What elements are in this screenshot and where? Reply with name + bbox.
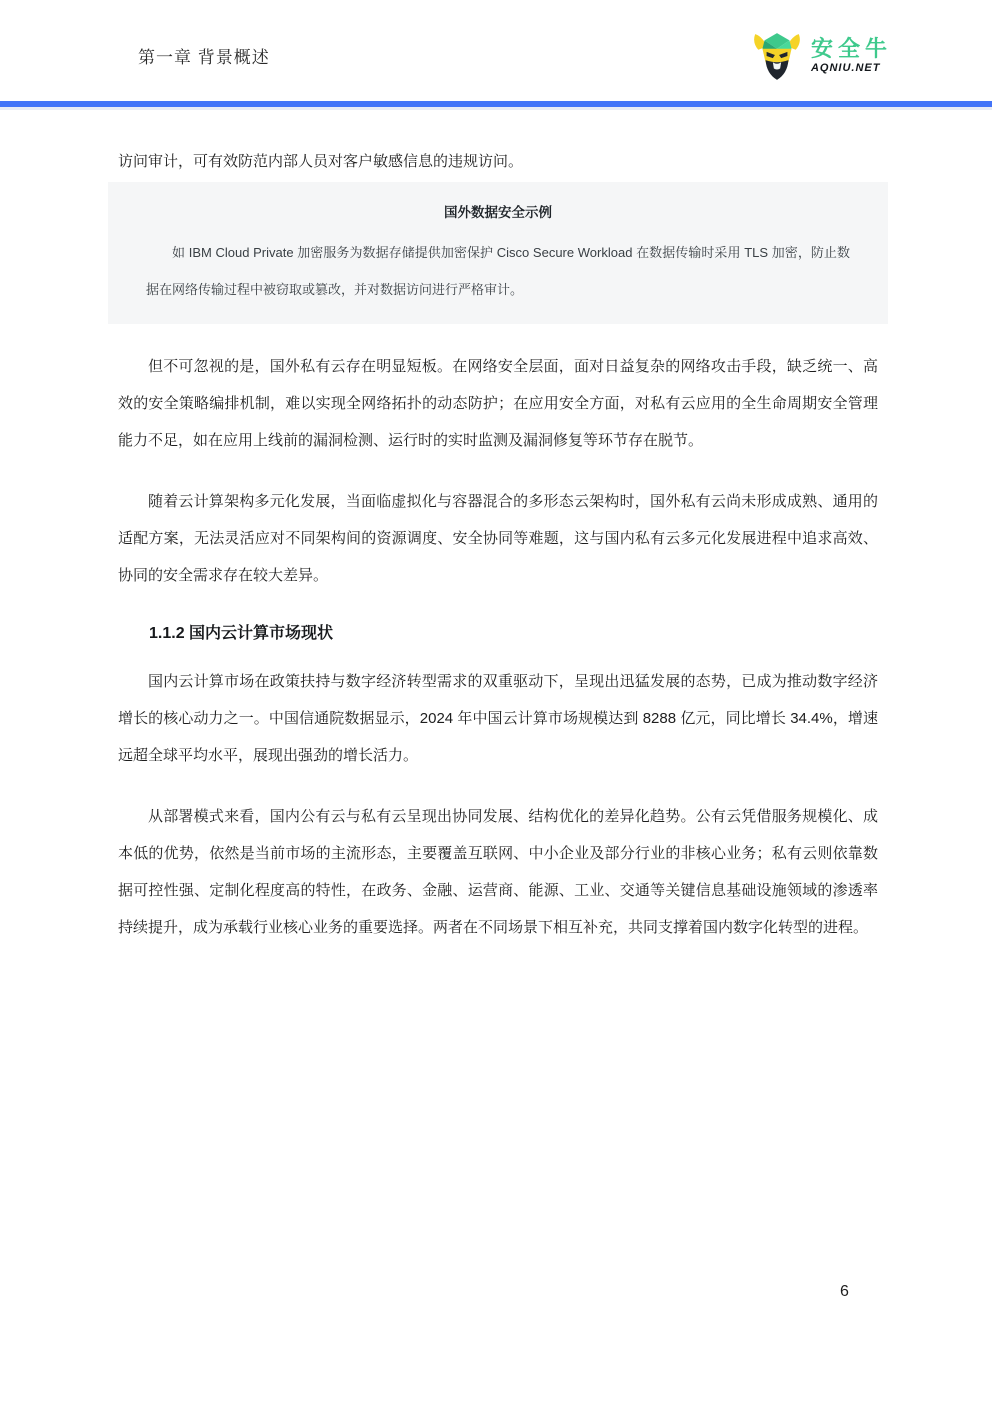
section-heading-1-1-2: 1.1.2 国内云计算市场现状 xyxy=(149,620,878,643)
page-header: 第一章 背景概述 xyxy=(0,0,992,101)
example-callout-box: 国外数据安全示例 如 IBM Cloud Private 加密服务为数据存储提供… xyxy=(108,182,888,324)
paragraph-multi-architecture: 随着云计算架构多元化发展，当面临虚拟化与容器混合的多形态云架构时，国外私有云尚未… xyxy=(118,483,878,594)
document-body: 访问审计，可有效防范内部人员对客户敏感信息的违规访问。 国外数据安全示例 如 I… xyxy=(0,110,992,946)
page-number: 6 xyxy=(840,1283,849,1301)
logo-domain: AQNIU.NET xyxy=(811,63,892,74)
document-page: 第一章 背景概述 xyxy=(0,0,992,1403)
logo-text: 安全牛 AQNIU.NET xyxy=(811,38,892,74)
aqniu-logo: 安全牛 AQNIU.NET xyxy=(751,30,892,82)
intro-line: 访问审计，可有效防范内部人员对客户敏感信息的违规访问。 xyxy=(118,150,878,174)
paragraph-foreign-cloud-shortcomings: 但不可忽视的是，国外私有云存在明显短板。在网络安全层面，面对日益复杂的网络攻击手… xyxy=(118,348,878,459)
chapter-title: 第一章 背景概述 xyxy=(138,43,270,68)
accent-bar xyxy=(0,101,992,110)
callout-title: 国外数据安全示例 xyxy=(146,204,850,222)
bull-head-icon xyxy=(751,30,803,82)
logo-brand-name: 安全牛 xyxy=(811,38,892,60)
callout-body: 如 IBM Cloud Private 加密服务为数据存储提供加密保护 Cisc… xyxy=(146,234,850,308)
paragraph-deployment-models: 从部署模式来看，国内公有云与私有云呈现出协同发展、结构优化的差异化趋势。公有云凭… xyxy=(118,798,878,946)
paragraph-domestic-market-growth: 国内云计算市场在政策扶持与数字经济转型需求的双重驱动下，呈现出迅猛发展的态势，已… xyxy=(118,663,878,774)
